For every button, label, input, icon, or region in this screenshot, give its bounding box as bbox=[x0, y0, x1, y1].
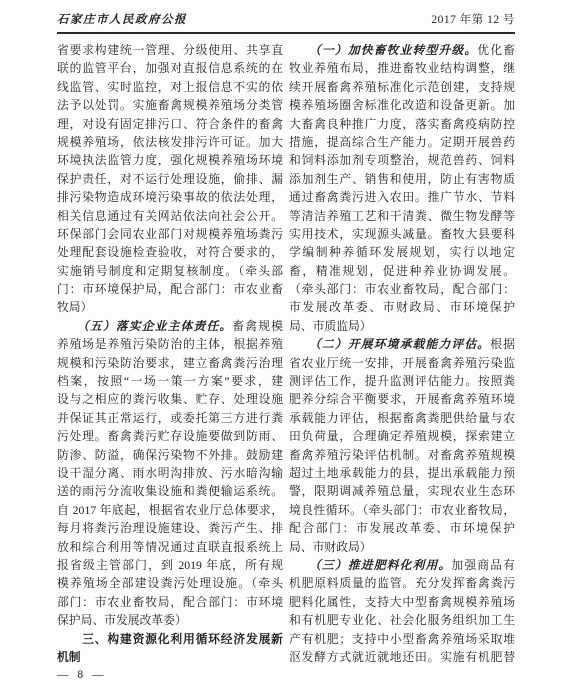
body-text: 产有机肥；支持中小型畜禽养殖场采取堆 bbox=[289, 632, 515, 646]
document-page: 石家庄市人民政府公报 2017 年第 12 号 省要求构建统一管理、分级使用、共… bbox=[0, 0, 565, 684]
body-text: 环境执法监管力度，强化规模养殖场环境 bbox=[57, 153, 283, 167]
body-text: 保护责任，对不运行处理设施，偷排、漏 bbox=[57, 172, 283, 186]
text-line: 和饲料添加剂专项整治，规范兽药、饲料 bbox=[289, 151, 515, 169]
body-columns: 省要求构建统一管理、分级使用、共享直联的监管平台，加强对直报信息系统的在线监管、… bbox=[57, 41, 515, 666]
body-text: 省农业厅统一安排，开展畜禽养殖污染监 bbox=[289, 356, 515, 370]
body-text: 规模和污染防治要求，建立畜禽粪污治理 bbox=[57, 356, 283, 370]
body-text: 部门：市农业畜牧局，配合部门：市环境 bbox=[57, 595, 283, 609]
text-line: 肥料化属性，支持大中型畜禽规模养殖场 bbox=[289, 593, 515, 611]
text-line: 三、构建资源化利用循环经济发展新 bbox=[57, 630, 283, 648]
text-line: 学编制种养循环发展规划，实行以地定 bbox=[289, 243, 515, 261]
body-text: 承载能力评估，根据畜禽粪肥供给量与农 bbox=[289, 411, 515, 425]
body-text: 养殖场是养殖污染防治的主体，根据养殖 bbox=[57, 337, 283, 351]
section-heading: 机制 bbox=[57, 650, 81, 664]
body-text: 续开展畜禽养殖标准化示范创建，支持规 bbox=[289, 80, 515, 94]
body-text: 措施，提高综合生产能力。定期开展兽药 bbox=[289, 135, 515, 149]
text-line: 污处理。畜禽粪污贮存设施要做到防雨、 bbox=[57, 427, 283, 445]
text-line: 大畜禽良种推广力度，落实畜禽疫病防控 bbox=[289, 115, 515, 133]
section-heading: 三、构建资源化利用循环经济发展新 bbox=[82, 632, 283, 646]
text-line: 实施销号制度和定期复核制度。（牵头部 bbox=[57, 262, 283, 280]
text-line: 理，对设有固定排污口、符合条件的畜禽 bbox=[57, 115, 283, 133]
body-text: 理，对设有固定排污口、符合条件的畜禽 bbox=[57, 117, 283, 131]
page-footer: — 8 — bbox=[57, 669, 515, 681]
subsection-heading: （二）开展环境承载能力评估。 bbox=[315, 337, 490, 351]
text-line: （二）开展环境承载能力评估。根据 bbox=[289, 335, 515, 353]
body-text: 每月将粪污治理设施建设、粪污产生、排 bbox=[57, 521, 283, 535]
body-text: 模养殖场圈舍标准化改造和设备更新。加 bbox=[289, 98, 515, 112]
text-line: 排污染物造成环境污染事故的依法处理， bbox=[57, 188, 283, 206]
text-line: 局、市财政局） bbox=[289, 538, 515, 556]
body-text: 畜，精准规划，促进种养业协调发展。 bbox=[289, 264, 515, 278]
body-text: 畜禽规模 bbox=[232, 319, 283, 333]
body-text bbox=[57, 632, 82, 646]
text-line: 通过畜禽粪污进入农田。推广节水、节料 bbox=[289, 188, 515, 206]
body-text: 局、市财政局） bbox=[289, 540, 372, 554]
body-text: 报省级主管部门，到 2019 年底，所有规 bbox=[57, 558, 283, 572]
body-text: 保护局、市发展改革委） bbox=[57, 613, 187, 627]
body-text: 实施销号制度和定期复核制度。（牵头部 bbox=[57, 264, 283, 278]
body-text: 配合部门：市发展改革委、市环境保护 bbox=[289, 521, 515, 535]
text-line: 规模和污染防治要求，建立畜禽粪污治理 bbox=[57, 354, 283, 372]
text-line: （三）推进肥料化利用。加强商品有 bbox=[289, 556, 515, 574]
body-text: 等清洁养殖工艺和干清粪、微生物发酵等 bbox=[289, 209, 515, 223]
body-text: 线监管、实时监控，对上报信息不实的依 bbox=[57, 80, 283, 94]
body-text: 设干湿分离、雨水明沟排放、污水暗沟输 bbox=[57, 466, 283, 480]
body-text: 通过畜禽粪污进入农田。推广节水、节料 bbox=[289, 190, 515, 204]
body-text: 防渗、防溢，确保污染物不外排。鼓励建 bbox=[57, 448, 283, 462]
text-line: 线监管、实时监控，对上报信息不实的依 bbox=[57, 78, 283, 96]
text-line: 并保证其正常运行，或委托第三方进行粪 bbox=[57, 409, 283, 427]
body-text: 并保证其正常运行，或委托第三方进行粪 bbox=[57, 411, 283, 425]
body-text bbox=[289, 558, 315, 572]
text-line: 实用技术，实现源头减量。畜牧大县要科 bbox=[289, 225, 515, 243]
body-text: 测评估工作，提升监测评估能力。按照粪 bbox=[289, 374, 515, 388]
body-text: 市发展改革委、市财政局、市环境保护 bbox=[289, 300, 515, 314]
text-line: 配合部门：市发展改革委、市环境保护 bbox=[289, 519, 515, 537]
text-line: 牧局） bbox=[57, 298, 283, 316]
text-line: 每月将粪污治理设施建设、粪污产生、排 bbox=[57, 519, 283, 537]
body-text: 优化畜 bbox=[477, 43, 515, 57]
body-text: 机肥原料质量的监管。充分发挥畜禽粪污 bbox=[289, 576, 515, 590]
text-line: 畜禽养殖污染评估机制。对畜禽养殖规模 bbox=[289, 446, 515, 464]
body-text: 模养殖场全部建设粪污处理设施。（牵头 bbox=[57, 576, 283, 590]
body-text: 境良性循环。（牵头部门：市农业畜牧局， bbox=[289, 503, 515, 517]
text-line: 田负荷量，合理确定养殖规模，探索建立 bbox=[289, 427, 515, 445]
text-line: 设干湿分离、雨水明沟排放、污水暗沟输 bbox=[57, 464, 283, 482]
text-line: 档案，按照“一场一策一方案”要求，建 bbox=[57, 372, 283, 390]
text-line: 等清洁养殖工艺和干清粪、微生物发酵等 bbox=[289, 207, 515, 225]
body-text: 大畜禽良种推广力度，落实畜禽疫病防控 bbox=[289, 117, 515, 131]
text-line: 机肥原料质量的监管。充分发挥畜禽粪污 bbox=[289, 574, 515, 592]
body-text: 规模养殖场，依法核发排污许可证。加大 bbox=[57, 135, 283, 149]
body-text: 处理配套设施检查验收，对符合要求的， bbox=[57, 245, 283, 259]
text-line: 环保部门会同农业部门对规模养殖场粪污 bbox=[57, 225, 283, 243]
page-header: 石家庄市人民政府公报 2017 年第 12 号 bbox=[57, 11, 515, 34]
text-line: 市发展改革委、市财政局、市环境保护 bbox=[289, 298, 515, 316]
body-text: 肥养分综合平衡要求，开展畜禽养殖环境 bbox=[289, 392, 515, 406]
text-line: 局、市质监局） bbox=[289, 317, 515, 335]
subsection-heading: （五）落实企业主体责任。 bbox=[83, 319, 232, 333]
body-text: 送的雨污分流收集设施和粪便输运系统。 bbox=[57, 484, 283, 498]
text-line: 部门：市农业畜牧局，配合部门：市环境 bbox=[57, 593, 283, 611]
body-text: 实用技术，实现源头减量。畜牧大县要科 bbox=[289, 227, 515, 241]
body-text: 加强商品有 bbox=[451, 558, 515, 572]
body-text bbox=[57, 319, 83, 333]
body-text: 排污染物造成环境污染事故的依法处理， bbox=[57, 190, 283, 204]
gazette-title: 石家庄市人民政府公报 bbox=[57, 11, 187, 27]
body-text: 门：市环境保护局，配合部门：市农业畜 bbox=[57, 282, 283, 296]
subsection-heading: （三）推进肥料化利用。 bbox=[315, 558, 452, 572]
text-line: 牧业养殖布局，推进畜牧业结构调整，继 bbox=[289, 59, 515, 77]
text-line: 测评估工作，提升监测评估能力。按照粪 bbox=[289, 372, 515, 390]
text-line: 超过土地承载能力的县，提出承载能力预 bbox=[289, 464, 515, 482]
subsection-heading: （一）加快畜牧业转型升级。 bbox=[315, 43, 477, 57]
text-line: 环境执法监管力度，强化规模养殖场环境 bbox=[57, 151, 283, 169]
text-line: 省要求构建统一管理、分级使用、共享直 bbox=[57, 41, 283, 59]
issue-number: 2017 年第 12 号 bbox=[431, 11, 515, 27]
body-text: 污处理。畜禽粪污贮存设施要做到防雨、 bbox=[57, 429, 283, 443]
text-line: 续开展畜禽养殖标准化示范创建，支持规 bbox=[289, 78, 515, 96]
text-line: 门：市环境保护局，配合部门：市农业畜 bbox=[57, 280, 283, 298]
text-line: 防渗、防溢，确保污染物不外排。鼓励建 bbox=[57, 446, 283, 464]
text-line: 保护责任，对不运行处理设施，偷排、漏 bbox=[57, 170, 283, 188]
body-text: 根据 bbox=[490, 337, 515, 351]
body-text: 环保部门会同农业部门对规模养殖场粪污 bbox=[57, 227, 283, 241]
text-line: 措施，提高综合生产能力。定期开展兽药 bbox=[289, 133, 515, 151]
text-line: 养殖场是养殖污染防治的主体，根据养殖 bbox=[57, 335, 283, 353]
body-text: 放和综合利用等情况通过直联直报系统上 bbox=[57, 540, 283, 554]
body-text: 局、市质监局） bbox=[289, 319, 372, 333]
text-line: 产有机肥；支持中小型畜禽养殖场采取堆 bbox=[289, 630, 515, 648]
body-text: 自 2017 年底起，根据省农业厅总体要求， bbox=[57, 503, 283, 517]
body-text: 畜禽养殖污染评估机制。对畜禽养殖规模 bbox=[289, 448, 515, 462]
text-line: 报省级主管部门，到 2019 年底，所有规 bbox=[57, 556, 283, 574]
body-text: 添加剂生产、销售和使用，防止有害物质 bbox=[289, 172, 515, 186]
text-line: （一）加快畜牧业转型升级。优化畜 bbox=[289, 41, 515, 59]
text-line: 机制 bbox=[57, 648, 283, 666]
text-line: 相关信息通过有关网站依法向社会公开。 bbox=[57, 207, 283, 225]
text-line: 境良性循环。（牵头部门：市农业畜牧局， bbox=[289, 501, 515, 519]
body-text: （牵头部门：市农业畜牧局，配合部门： bbox=[289, 282, 515, 296]
page-number: — 8 — bbox=[57, 669, 107, 681]
body-text: 联的监管平台，加强对直报信息系统的在 bbox=[57, 61, 283, 75]
column-right: （一）加快畜牧业转型升级。优化畜牧业养殖布局，推进畜牧业结构调整，继续开展畜禽养… bbox=[289, 41, 515, 666]
body-text: 省要求构建统一管理、分级使用、共享直 bbox=[57, 43, 283, 57]
text-line: 模养殖场全部建设粪污处理设施。（牵头 bbox=[57, 574, 283, 592]
body-text: 和饲料添加剂专项整治，规范兽药、饲料 bbox=[289, 153, 515, 167]
body-text: 超过土地承载能力的县，提出承载能力预 bbox=[289, 466, 515, 480]
text-line: 肥养分综合平衡要求，开展畜禽养殖环境 bbox=[289, 390, 515, 408]
body-text: 牧局） bbox=[57, 300, 92, 314]
column-left: 省要求构建统一管理、分级使用、共享直联的监管平台，加强对直报信息系统的在线监管、… bbox=[57, 41, 283, 666]
text-line: 放和综合利用等情况通过直联直报系统上 bbox=[57, 538, 283, 556]
body-text: 沤发酵方式就近就地还田。实施有机肥替 bbox=[289, 650, 515, 664]
text-line: 承载能力评估，根据畜禽粪肥供给量与农 bbox=[289, 409, 515, 427]
body-text: 设与之相应的粪污收集、贮存、处理设施 bbox=[57, 392, 283, 406]
text-line: 和有机肥专业化、社会化服务组织加工生 bbox=[289, 611, 515, 629]
body-text bbox=[289, 337, 315, 351]
text-line: 自 2017 年底起，根据省农业厅总体要求， bbox=[57, 501, 283, 519]
text-line: 法予以处罚。实施畜禽规模养殖场分类管 bbox=[57, 96, 283, 114]
text-line: 模养殖场圈舍标准化改造和设备更新。加 bbox=[289, 96, 515, 114]
body-text: 学编制种养循环发展规划，实行以地定 bbox=[289, 245, 515, 259]
text-line: 规模养殖场，依法核发排污许可证。加大 bbox=[57, 133, 283, 151]
body-text: 警，限期调减养殖总量，实现农业生态环 bbox=[289, 484, 515, 498]
text-line: 沤发酵方式就近就地还田。实施有机肥替 bbox=[289, 648, 515, 666]
body-text: 肥料化属性，支持大中型畜禽规模养殖场 bbox=[289, 595, 515, 609]
text-line: 省农业厅统一安排，开展畜禽养殖污染监 bbox=[289, 354, 515, 372]
text-line: 保护局、市发展改革委） bbox=[57, 611, 283, 629]
text-line: 警，限期调减养殖总量，实现农业生态环 bbox=[289, 482, 515, 500]
text-line: （五）落实企业主体责任。畜禽规模 bbox=[57, 317, 283, 335]
text-line: 处理配套设施检查验收，对符合要求的， bbox=[57, 243, 283, 261]
body-text: 田负荷量，合理确定养殖规模，探索建立 bbox=[289, 429, 515, 443]
text-line: 畜，精准规划，促进种养业协调发展。 bbox=[289, 262, 515, 280]
text-line: （牵头部门：市农业畜牧局，配合部门： bbox=[289, 280, 515, 298]
body-text: 档案，按照“一场一策一方案”要求，建 bbox=[57, 374, 283, 388]
body-text: 相关信息通过有关网站依法向社会公开。 bbox=[57, 209, 283, 223]
text-line: 添加剂生产、销售和使用，防止有害物质 bbox=[289, 170, 515, 188]
body-text: 法予以处罚。实施畜禽规模养殖场分类管 bbox=[57, 98, 283, 112]
body-text: 牧业养殖布局，推进畜牧业结构调整，继 bbox=[289, 61, 515, 75]
text-line: 设与之相应的粪污收集、贮存、处理设施 bbox=[57, 390, 283, 408]
body-text bbox=[289, 43, 315, 57]
body-text: 和有机肥专业化、社会化服务组织加工生 bbox=[289, 613, 515, 627]
text-line: 联的监管平台，加强对直报信息系统的在 bbox=[57, 59, 283, 77]
text-line: 送的雨污分流收集设施和粪便输运系统。 bbox=[57, 482, 283, 500]
